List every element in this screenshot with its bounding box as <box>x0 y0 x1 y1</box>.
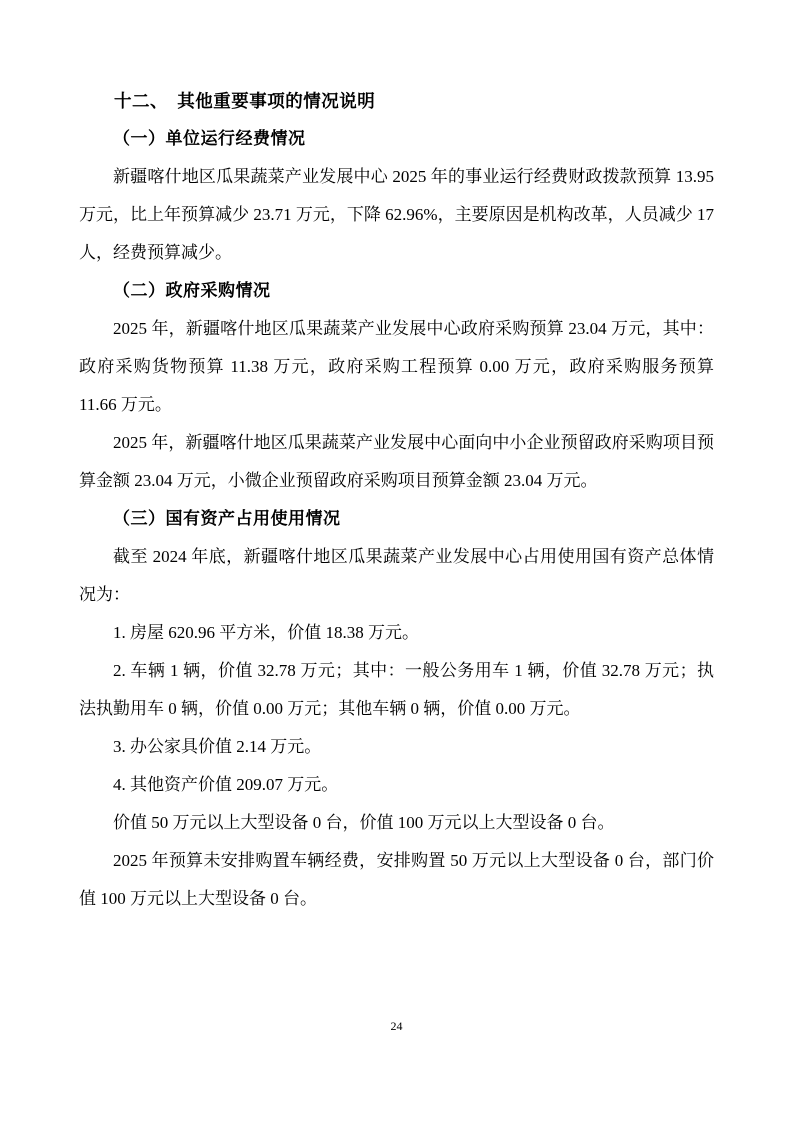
subsection-heading-1: （一）单位运行经费情况 <box>79 120 714 158</box>
document-page: 十二、 其他重要事项的情况说明 （一）单位运行经费情况 新疆喀什地区瓜果蔬菜产业… <box>0 0 793 1122</box>
subsection-heading-3: （三）国有资产占用使用情况 <box>79 500 714 538</box>
paragraph-assets-vehicles: 2. 车辆 1 辆，价值 32.78 万元；其中：一般公务用车 1 辆，价值 3… <box>79 652 714 728</box>
paragraph-assets-intro: 截至 2024 年底，新疆喀什地区瓜果蔬菜产业发展中心占用使用国有资产总体情况为… <box>79 538 714 614</box>
paragraph-procurement-sme: 2025 年，新疆喀什地区瓜果蔬菜产业发展中心面向中小企业预留政府采购项目预算金… <box>79 424 714 500</box>
subsection-heading-2: （二）政府采购情况 <box>79 272 714 310</box>
paragraph-assets-other: 4. 其他资产价值 209.07 万元。 <box>79 766 714 804</box>
document-body: 十二、 其他重要事项的情况说明 （一）单位运行经费情况 新疆喀什地区瓜果蔬菜产业… <box>79 82 714 918</box>
page-number: 24 <box>0 1018 793 1034</box>
paragraph-procurement-budget: 2025 年，新疆喀什地区瓜果蔬菜产业发展中心政府采购预算 23.04 万元，其… <box>79 310 714 424</box>
paragraph-2025-purchases: 2025 年预算未安排购置车辆经费，安排购置 50 万元以上大型设备 0 台，部… <box>79 842 714 918</box>
section-heading: 十二、 其他重要事项的情况说明 <box>79 82 714 120</box>
paragraph-large-equipment: 价值 50 万元以上大型设备 0 台，价值 100 万元以上大型设备 0 台。 <box>79 804 714 842</box>
paragraph-assets-housing: 1. 房屋 620.96 平方米，价值 18.38 万元。 <box>79 614 714 652</box>
paragraph-operating-expenses: 新疆喀什地区瓜果蔬菜产业发展中心 2025 年的事业运行经费财政拨款预算 13.… <box>79 158 714 272</box>
paragraph-assets-furniture: 3. 办公家具价值 2.14 万元。 <box>79 728 714 766</box>
